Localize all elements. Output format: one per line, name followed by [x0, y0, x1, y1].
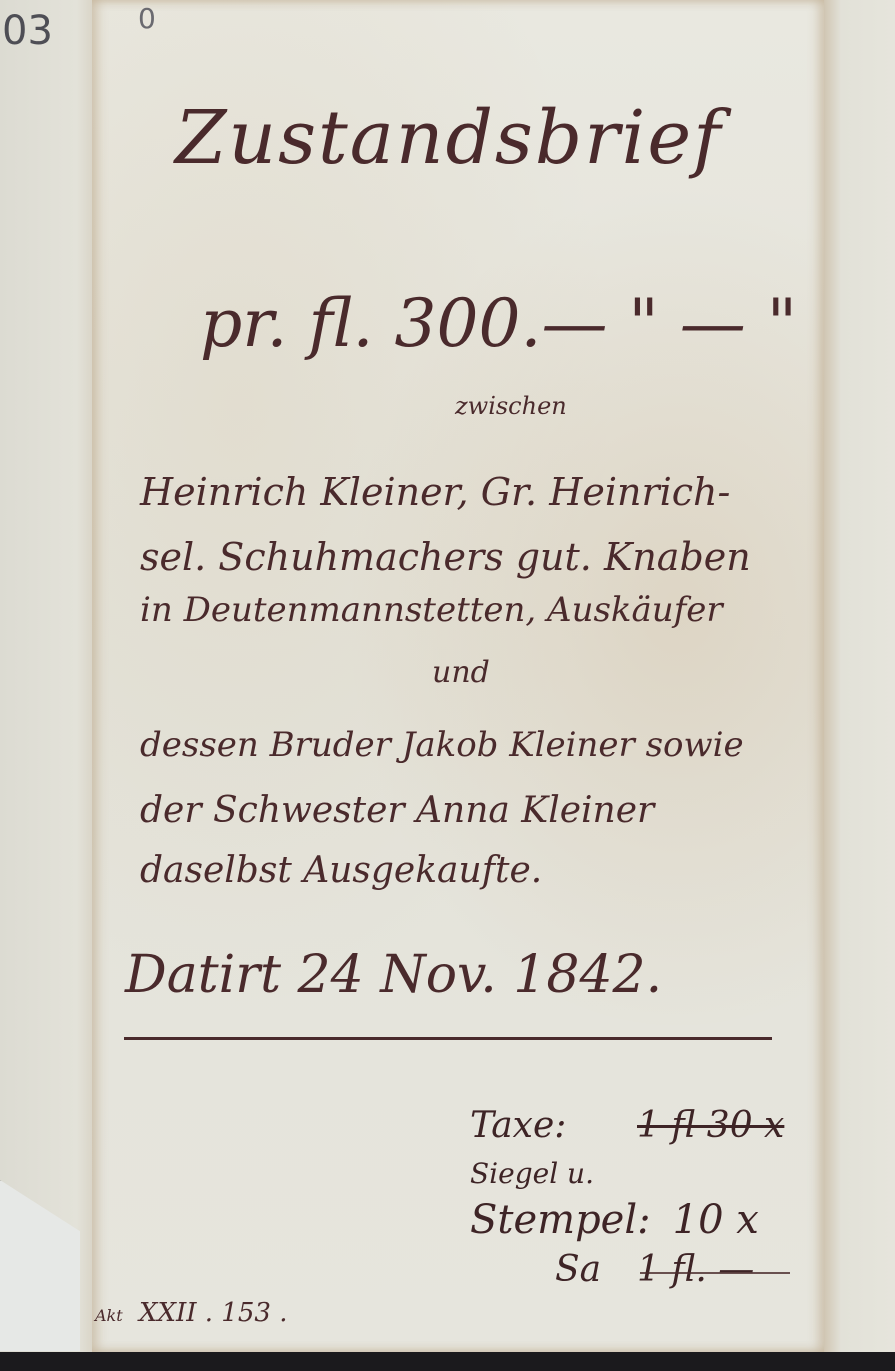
- between-word: zwischen: [455, 392, 567, 420]
- fee-value: 1 fl. —: [637, 1249, 754, 1290]
- amount-line: pr. fl. 300.— " — ": [200, 285, 797, 362]
- fee-row-stempel: Stempel: 10 x: [470, 1197, 784, 1249]
- fee-label: Siegel u.: [470, 1157, 615, 1190]
- fee-row-taxe: Taxe: 1 fl 30 x: [470, 1105, 784, 1157]
- fee-label: Taxe:: [470, 1105, 615, 1146]
- fee-value: 1 fl 30 x: [637, 1105, 784, 1146]
- body-line-4: dessen Bruder Jakob Kleiner sowie: [140, 725, 744, 765]
- pencil-corner-mark: 0: [138, 2, 156, 35]
- fee-row-siegel: Siegel u.: [470, 1157, 784, 1197]
- background-surface: [0, 1352, 895, 1371]
- fee-label: Stempel:: [470, 1197, 651, 1243]
- document-title: Zustandsbrief: [175, 95, 723, 181]
- archive-reference: Akt XXII . 153 .: [95, 1298, 287, 1328]
- fee-label: Sa: [555, 1249, 615, 1290]
- horizontal-rule: [124, 1037, 772, 1040]
- archive-prefix: Akt: [95, 1306, 123, 1325]
- body-line-6: daselbst Ausgekaufte.: [140, 850, 542, 891]
- back-sheet-right: [823, 0, 895, 1371]
- sum-rule: [640, 1272, 790, 1274]
- body-line-1: Heinrich Kleiner, Gr. Heinrich-: [140, 470, 730, 514]
- pencil-page-number: 03: [2, 8, 53, 54]
- archive-number: XXII . 153 .: [139, 1298, 288, 1328]
- fee-value: 10 x: [673, 1197, 759, 1243]
- body-line-3: in Deutenmannstetten, Auskäufer: [140, 590, 723, 630]
- body-line-5: der Schwester Anna Kleiner: [140, 790, 654, 831]
- date-line: Datirt 24 Nov. 1842.: [125, 945, 662, 1005]
- conjunction-und: und: [432, 655, 490, 690]
- fee-row-sum: Sa 1 fl. —: [470, 1249, 784, 1301]
- body-line-2: sel. Schuhmachers gut. Knaben: [140, 535, 751, 579]
